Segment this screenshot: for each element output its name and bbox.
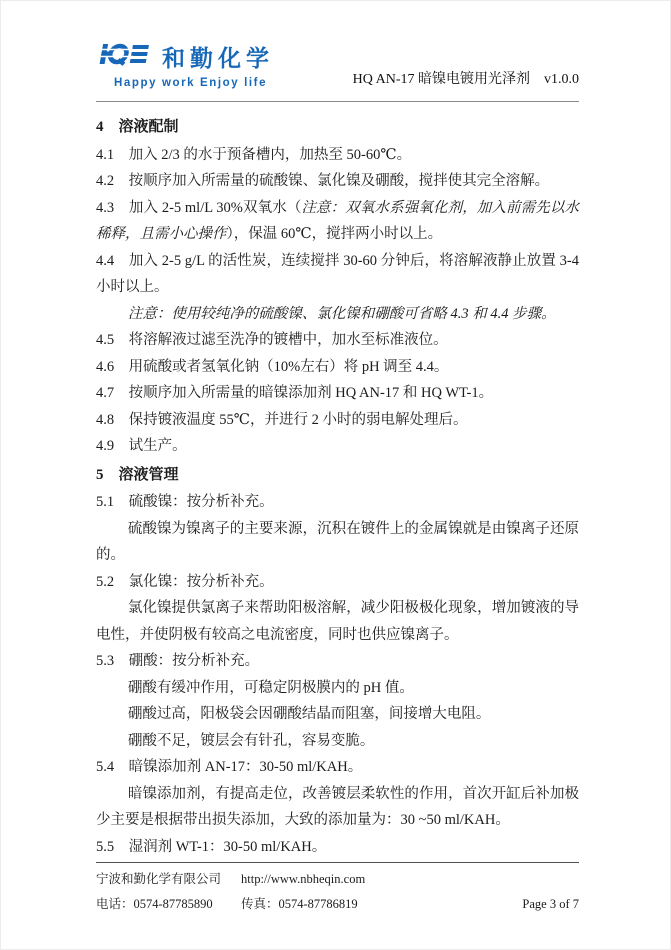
text-segment: ），保温 60℃，搅拌两小时以上。 (227, 226, 443, 242)
paragraph-item-22: 5.5 湿润剂 WT-1：30-50 ml/KAH。 (96, 834, 579, 861)
paragraph-indent-13: 硫酸镍为镍离子的主要来源，沉积在镀件上的金属镍就是由镍离子还原的。 (96, 516, 579, 569)
text-segment: 4.4 加入 2-5 g/L 的活性炭，连续搅拌 30-60 分钟后，将溶解液静… (96, 253, 579, 296)
footer-page-number: Page 3 of 7 (522, 892, 579, 917)
text-segment: 4.7 按顺序加入所需量的暗镍添加剂 HQ AN-17 和 HQ WT-1。 (96, 385, 493, 401)
text-segment: 4 溶液配制 (96, 119, 179, 135)
text-segment: 4.2 按顺序加入所需量的硫酸镍、氯化镍及硼酸，搅拌使其完全溶解。 (96, 173, 549, 189)
hq-logo-icon (96, 39, 154, 74)
footer-row-1: 宁波和勤化学有限公司 http://www.nbheqin.com (96, 867, 579, 892)
document-page: 和勤化学 Happy work Enjoy life HQ AN-17 暗镍电镀… (0, 0, 671, 950)
paragraph-item-1: 4.1 加入 2/3 的水于预备槽内，加热至 50-60℃。 (96, 142, 579, 169)
footer-company: 宁波和勤化学有限公司 (96, 867, 241, 892)
text-segment: 暗镍添加剂，有提高走位，改善镀层柔软性的作用，首次开缸后补加极少主要是根据带出损… (96, 786, 579, 829)
text-segment: 5.4 暗镍添加剂 AN-17：30-50 ml/KAH。 (96, 759, 362, 775)
page-header: 和勤化学 Happy work Enjoy life HQ AN-17 暗镍电镀… (96, 39, 579, 89)
text-segment: 硼酸有缓冲作用，可稳定阴极膜内的 pH 值。 (128, 680, 414, 696)
text-segment: 硫酸镍为镍离子的主要来源，沉积在镀件上的金属镍就是由镍离子还原的。 (96, 521, 579, 564)
footer-website: http://www.nbheqin.com (241, 867, 579, 892)
logo-row: 和勤化学 (96, 39, 274, 74)
paragraph-item-20: 5.4 暗镍添加剂 AN-17：30-50 ml/KAH。 (96, 754, 579, 781)
paragraph-heading-11: 5 溶液管理 (96, 462, 579, 489)
company-logo: 和勤化学 Happy work Enjoy life (96, 39, 274, 89)
paragraph-indent-15: 氯化镍提供氯离子来帮助阳极溶解，减少阳极极化现象，增加镀液的导电性，并使阴极有较… (96, 595, 579, 648)
text-segment: 4.9 试生产。 (96, 438, 187, 454)
paragraph-item-3: 4.3 加入 2-5 ml/L 30%双氧水（注意：双氧水系强氧化剂，加入前需先… (96, 195, 579, 248)
text-segment: 4.8 保持镀液温度 55℃，并进行 2 小时的弱电解处理后。 (96, 412, 467, 428)
page-footer: 宁波和勤化学有限公司 http://www.nbheqin.com 电话：057… (96, 867, 579, 917)
paragraph-item-8: 4.7 按顺序加入所需量的暗镍添加剂 HQ AN-17 和 HQ WT-1。 (96, 380, 579, 407)
document-body: 4 溶液配制4.1 加入 2/3 的水于预备槽内，加热至 50-60℃。4.2 … (96, 112, 579, 860)
text-segment: 硼酸过高，阳极袋会因硼酸结晶而阻塞，间接增大电阻。 (128, 706, 491, 722)
company-tagline: Happy work Enjoy life (114, 77, 274, 89)
paragraph-item-4: 4.4 加入 2-5 g/L 的活性炭，连续搅拌 30-60 分钟后，将溶解液静… (96, 248, 579, 301)
paragraph-item-6: 4.5 将溶解液过滤至洗净的镀槽中，加水至标准液位。 (96, 327, 579, 354)
paragraph-indent-21: 暗镍添加剂，有提高走位，改善镀层柔软性的作用，首次开缸后补加极少主要是根据带出损… (96, 781, 579, 834)
paragraph-item-14: 5.2 氯化镍：按分析补充。 (96, 569, 579, 596)
document-version: v1.0.0 (544, 72, 579, 87)
paragraph-indent-17: 硼酸有缓冲作用，可稳定阴极膜内的 pH 值。 (96, 675, 579, 702)
paragraph-item-10: 4.9 试生产。 (96, 433, 579, 460)
document-title-block: HQ AN-17 暗镍电镀用光泽剂v1.0.0 (353, 68, 579, 89)
footer-row-2: 电话：0574-87785890 传真：0574-87786819 Page 3… (96, 892, 579, 917)
header-divider (96, 101, 579, 102)
text-segment: 4.1 加入 2/3 的水于预备槽内，加热至 50-60℃。 (96, 147, 411, 163)
text-segment: 氯化镍提供氯离子来帮助阳极溶解，减少阳极极化现象，增加镀液的导电性，并使阴极有较… (96, 600, 579, 643)
paragraph-item-12: 5.1 硫酸镍：按分析补充。 (96, 489, 579, 516)
paragraph-item-7: 4.6 用硫酸或者氢氧化钠（10%左右）将 pH 调至 4.4。 (96, 354, 579, 381)
paragraph-item-2: 4.2 按顺序加入所需量的硫酸镍、氯化镍及硼酸，搅拌使其完全溶解。 (96, 168, 579, 195)
paragraph-heading-0: 4 溶液配制 (96, 114, 579, 141)
paragraph-item-16: 5.3 硼酸：按分析补充。 (96, 648, 579, 675)
text-segment: 5.3 硼酸：按分析补充。 (96, 653, 259, 669)
paragraph-indent-18: 硼酸过高，阳极袋会因硼酸结晶而阻塞，间接增大电阻。 (96, 701, 579, 728)
text-segment: 4.5 将溶解液过滤至洗净的镀槽中，加水至标准液位。 (96, 332, 448, 348)
text-segment: 注意：使用较纯净的硫酸镍、氯化镍和硼酸可省略 4.3 和 4.4 步骤。 (128, 306, 556, 322)
text-segment: 4.3 加入 2-5 ml/L 30%双氧水（ (96, 200, 301, 216)
paragraph-item-9: 4.8 保持镀液温度 55℃，并进行 2 小时的弱电解处理后。 (96, 407, 579, 434)
footer-phone: 电话：0574-87785890 (96, 892, 241, 917)
footer-divider (96, 862, 579, 863)
text-segment: 5.1 硫酸镍：按分析补充。 (96, 494, 274, 510)
text-segment: 5 溶液管理 (96, 467, 179, 483)
text-segment: 5.5 湿润剂 WT-1：30-50 ml/KAH。 (96, 839, 326, 855)
paragraph-note-5: 注意：使用较纯净的硫酸镍、氯化镍和硼酸可省略 4.3 和 4.4 步骤。 (96, 301, 579, 328)
text-segment: 4.6 用硫酸或者氢氧化钠（10%左右）将 pH 调至 4.4。 (96, 359, 448, 375)
paragraph-indent-19: 硼酸不足，镀层会有针孔，容易变脆。 (96, 728, 579, 755)
document-title: HQ AN-17 暗镍电镀用光泽剂 (353, 72, 530, 87)
text-segment: 硼酸不足，镀层会有针孔，容易变脆。 (128, 733, 375, 749)
text-segment: 5.2 氯化镍：按分析补充。 (96, 574, 274, 590)
company-name-cn: 和勤化学 (162, 40, 274, 73)
footer-fax: 传真：0574-87786819 (241, 892, 522, 917)
